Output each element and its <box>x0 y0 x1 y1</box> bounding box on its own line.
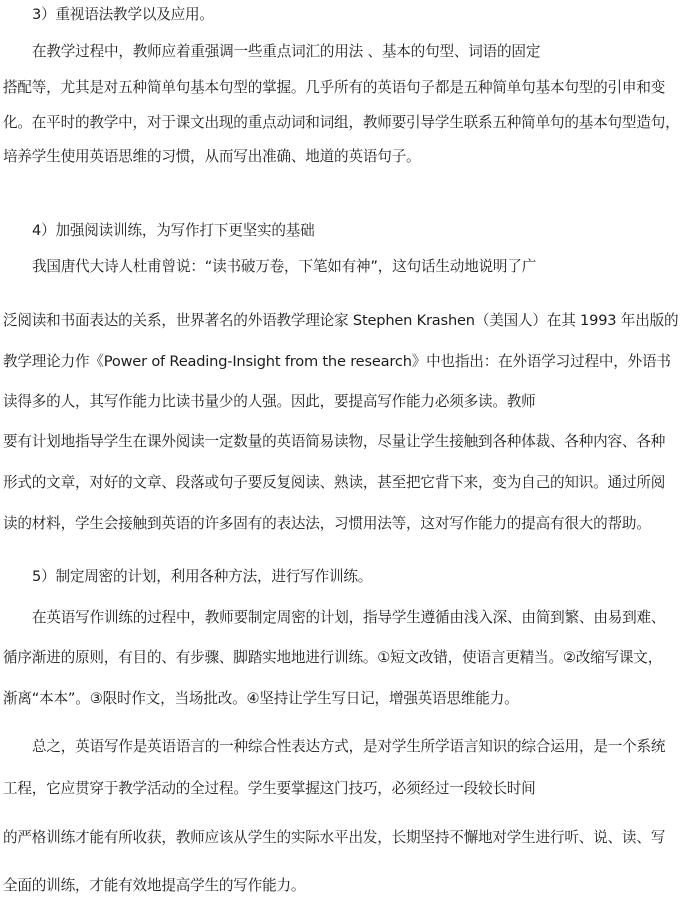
conclusion-line: 工程，它应贯穿于教学活动的全过程。学生要掌握这门技巧，必须经过一段较长时间 <box>3 779 536 799</box>
paragraph-line: 化。在平时的教学中，对于课文出现的重点动词和词组，教师要引导学生联系五种简单句的… <box>3 113 680 133</box>
paragraph-line: 读的材料，学生会接触到英语的许多固有的表达法，习惯用法等，这对写作能力的提高有很… <box>3 514 651 534</box>
paragraph-line: 培养学生使用英语思维的习惯，从而写出准确、地道的英语句子。 <box>3 147 420 167</box>
section-heading-3: 3）重视语法教学以及应用。 <box>32 5 214 25</box>
paragraph-line: 读得多的人，其写作能力比读书量少的人强。因此，要提高写作能力必须多读。教师 <box>3 392 536 412</box>
paragraph-line: 渐离“本本”。③限时作文，当场批改。④坚持让学生写日记，增强英语思维能力。 <box>3 689 518 709</box>
section-heading-4: 4）加强阅读训练，为写作打下更坚实的基础 <box>32 221 315 241</box>
paragraph-line: 形式的文章，对好的文章、段落或句子要反复阅读、熟读，甚至把它背下来，变为自己的知… <box>3 473 665 493</box>
paragraph-line: 在英语写作训练的过程中，教师要制定周密的计划，指导学生遵循由浅入深、由简到繁、由… <box>32 608 665 628</box>
paragraph-line: 要有计划地指导学生在课外阅读一定数量的英语简易读物，尽量让学生接触到各种体裁、各… <box>3 432 665 452</box>
section-heading-5: 5）制定周密的计划，利用各种方法，进行写作训练。 <box>32 567 372 587</box>
conclusion-line: 的严格训练才能有所收获，教师应该从学生的实际水平出发，长期坚持不懈地对学生进行听… <box>3 828 665 848</box>
paragraph-line: 泛阅读和书面表达的关系，世界著名的外语教学理论家 Stephen Krashen… <box>3 311 678 331</box>
paragraph-line: 在教学过程中，教师应着重强调一些重点词汇的用法 、基本的句型、词语的固定 <box>32 42 540 62</box>
paragraph-line: 我国唐代大诗人杜甫曾说：“读书破万卷，下笔如有神”，这句话生动地说明了广 <box>32 257 536 277</box>
paragraph-line: 搭配等，尤其是对五种简单句基本句型的掌握。几乎所有的英语句子都是五种简单句基本句… <box>3 78 665 98</box>
document-page: 3）重视语法教学以及应用。 在教学过程中，教师应着重强调一些重点词汇的用法 、基… <box>0 0 683 900</box>
paragraph-line: 教学理论力作《Power of Reading-Insight from the… <box>3 352 671 372</box>
paragraph-line: 循序渐进的原则，有目的、有步骤、脚踏实地地进行训练。①短文改错，使语言更精当。②… <box>3 648 662 668</box>
conclusion-line: 全面的训练，才能有效地提高学生的写作能力。 <box>3 876 305 896</box>
conclusion-line: 总之，英语写作是英语语言的一种综合性表达方式，是对学生所学语言知识的综合运用，是… <box>32 737 665 757</box>
